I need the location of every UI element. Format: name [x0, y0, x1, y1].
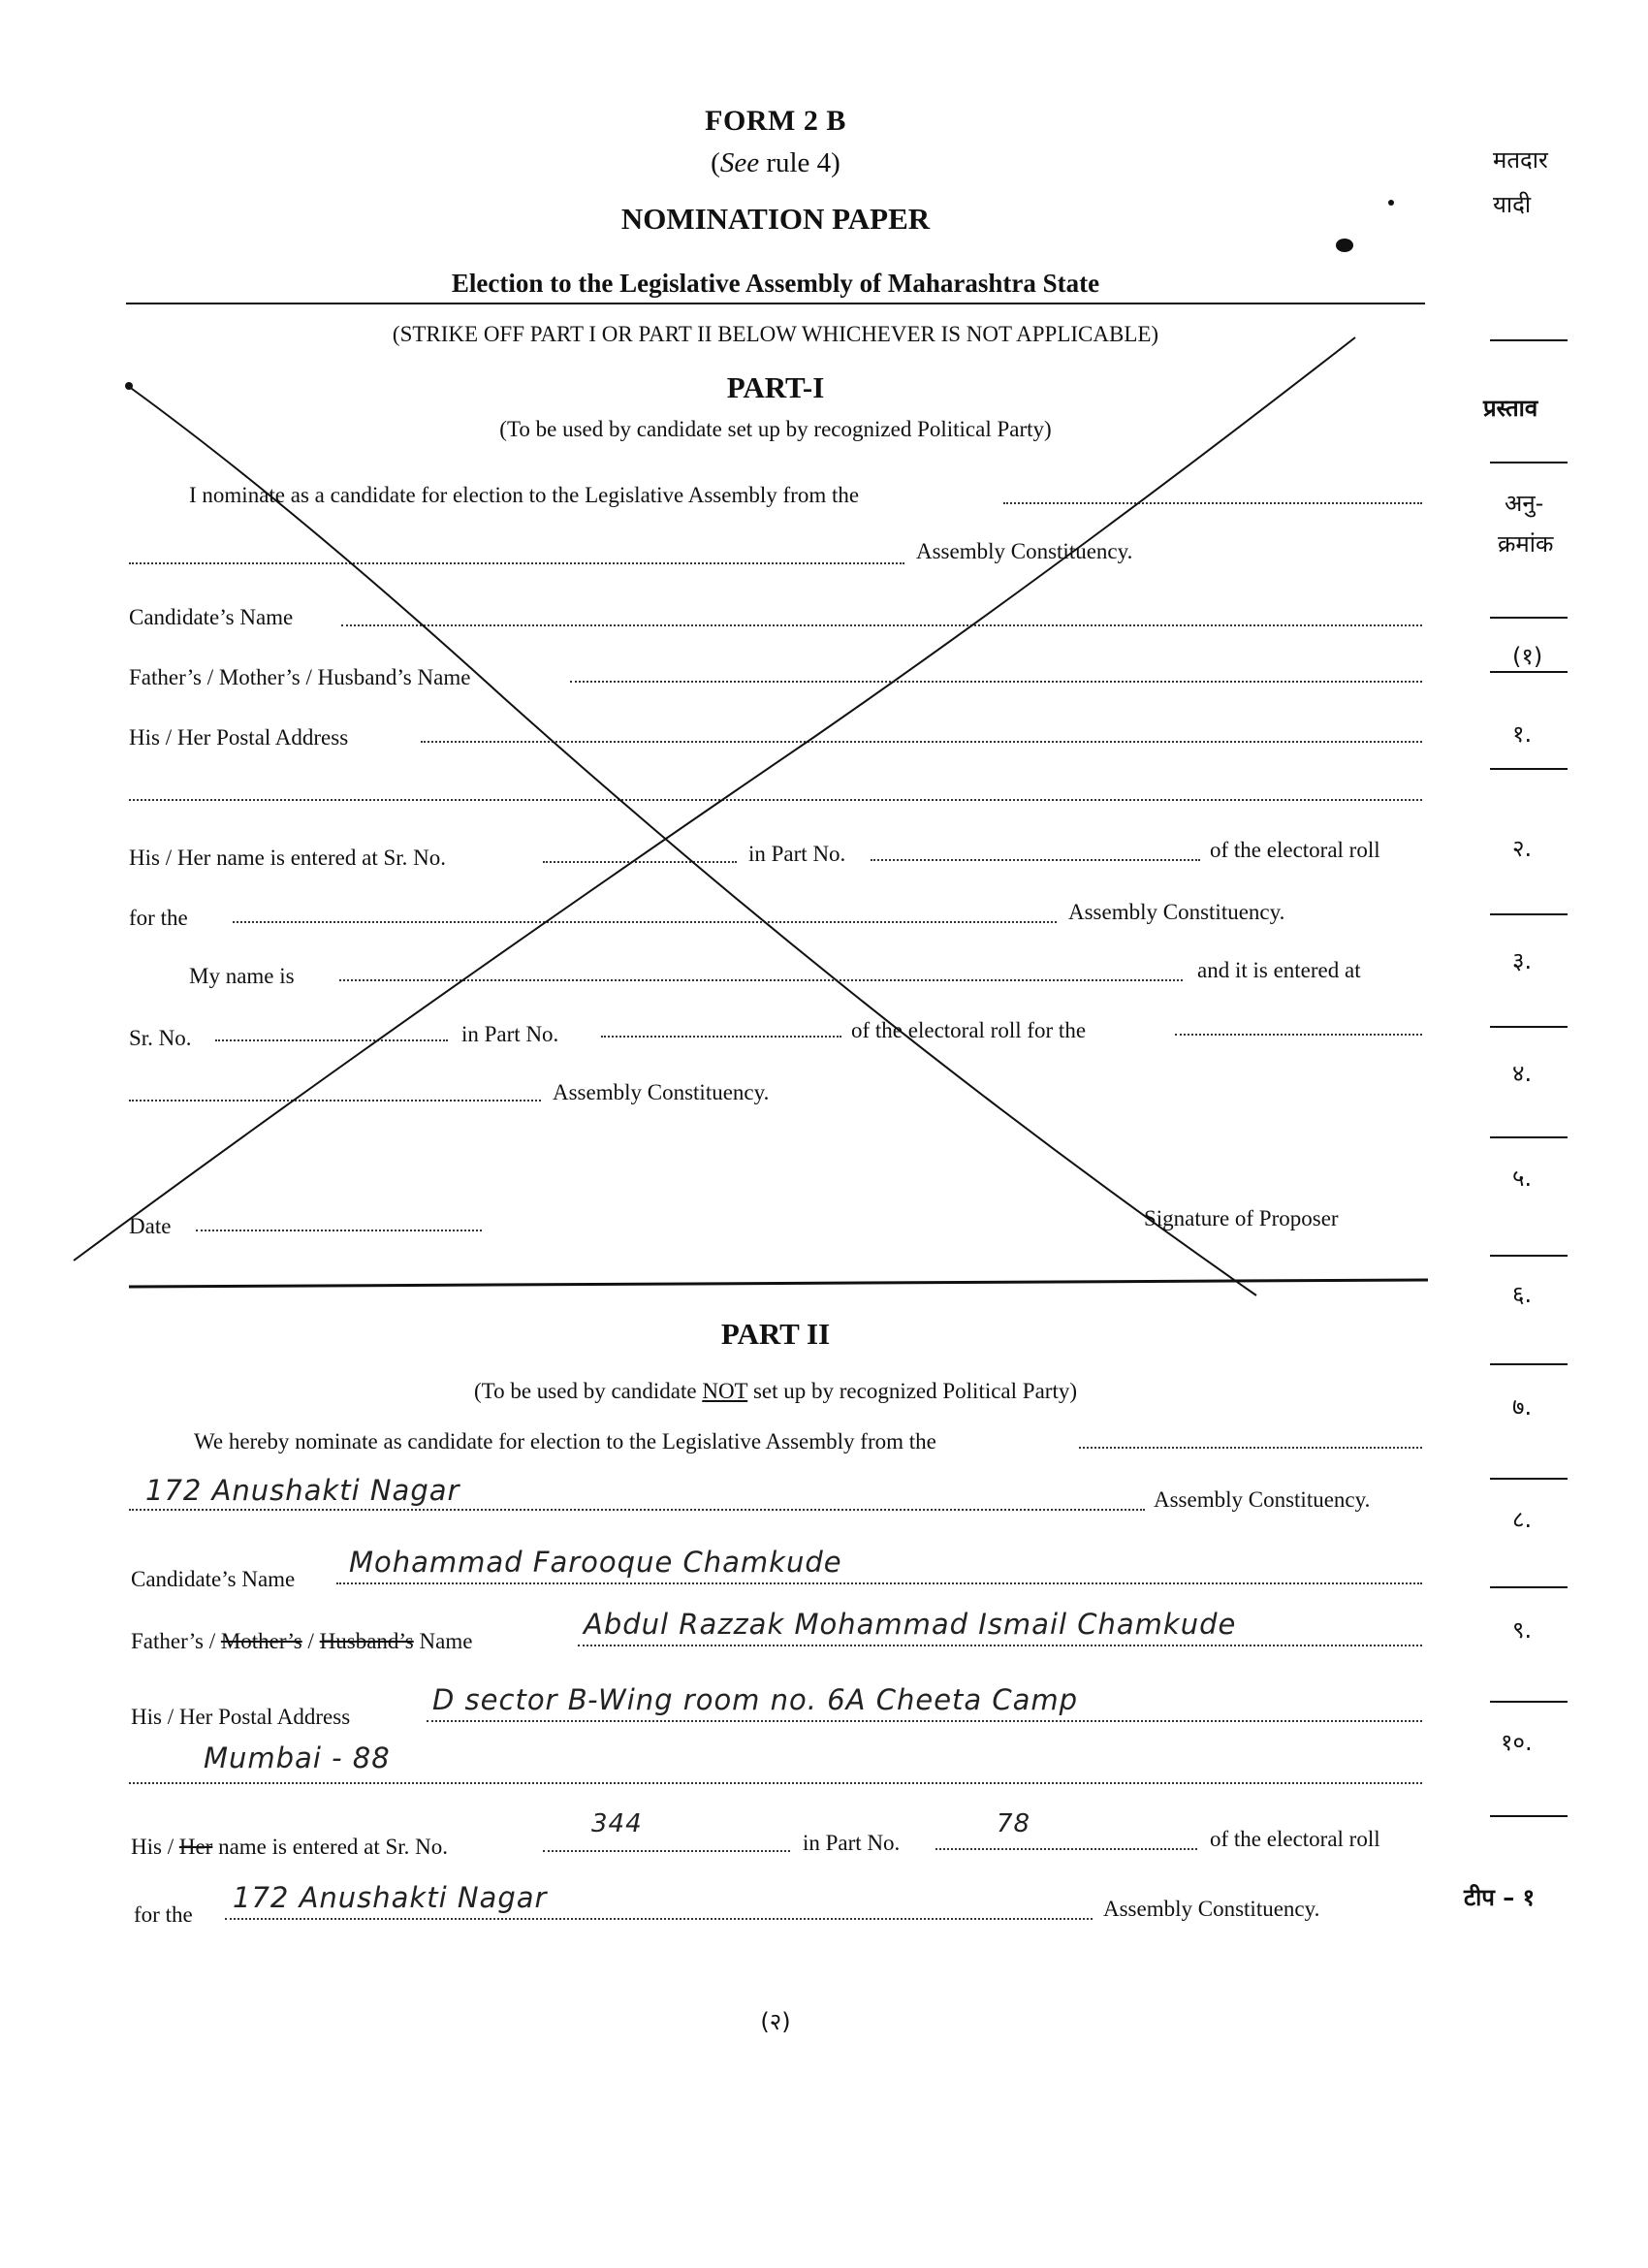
part2-candidate-name-value: Mohammad Farooque Chamkude: [349, 1546, 842, 1579]
margin-serial-label-1: अनु-: [1505, 487, 1543, 519]
margin-item: ३.: [1512, 944, 1532, 976]
margin-divider: [1490, 1701, 1568, 1703]
part2-subtitle-pre: (To be used by candidate: [474, 1379, 702, 1403]
part2-address-field-2[interactable]: [129, 1782, 1422, 1784]
part2-address-label: His / Her Postal Address: [131, 1705, 350, 1730]
part2-for-constituency-value: 172 Anushakti Nagar: [233, 1881, 547, 1914]
part2-relation-label: Father’s / Mother’s / Husband’s Name: [131, 1629, 472, 1654]
part2-for-the-label: for the: [134, 1902, 193, 1928]
part2-part-no-value: 78: [997, 1809, 1030, 1838]
margin-col-number: (१): [1512, 640, 1542, 672]
relation-mother-struck: Mother’s: [221, 1629, 302, 1653]
part2-entered-label: His / Her name is entered at Sr. No.: [131, 1835, 448, 1860]
part2-sr-no-value: 344: [591, 1809, 643, 1838]
part2-part-no-field[interactable]: [935, 1848, 1197, 1850]
part2-address-line1: D sector B-Wing room no. 6A Cheeta Camp: [432, 1683, 1078, 1716]
part2-sr-no-field[interactable]: [543, 1850, 790, 1852]
page-number: (२): [0, 2005, 1551, 2037]
part2-nominate-text: We hereby nominate as candidate for elec…: [194, 1429, 936, 1454]
part2-subtitle-post: set up by recognized Political Party): [747, 1379, 1077, 1403]
part2-constituency-value: 172 Anushakti Nagar: [145, 1474, 460, 1507]
relation-husband-struck: Husband’s: [320, 1629, 414, 1653]
margin-heading-1: मतदार: [1493, 144, 1548, 176]
margin-serial-label-2: क्रमांक: [1498, 527, 1553, 559]
margin-divider: [1490, 768, 1568, 770]
part2-for-constituency-field[interactable]: [225, 1918, 1093, 1920]
margin-heading-2: यादी: [1493, 188, 1531, 220]
part2-candidate-name-field[interactable]: [336, 1582, 1422, 1584]
margin-divider: [1490, 1136, 1568, 1138]
margin-divider: [1490, 671, 1568, 673]
margin-item: २.: [1512, 832, 1532, 864]
part2-constituency-value-field[interactable]: [129, 1509, 1145, 1511]
margin-note: टीप – १: [1464, 1881, 1535, 1913]
entered-his: His /: [131, 1835, 179, 1859]
margin-divider: [1490, 1363, 1568, 1365]
margin-divider: [1490, 1026, 1568, 1028]
part2-constituency-field[interactable]: [1079, 1447, 1422, 1449]
part2-relation-value: Abdul Razzak Mohammad Ismail Chamkude: [584, 1608, 1236, 1641]
margin-proposer-label: प्रस्ताव: [1483, 392, 1537, 424]
margin-item: ५.: [1512, 1162, 1532, 1194]
part1-strike-through-mark: [0, 0, 1648, 1358]
margin-divider: [1490, 913, 1568, 915]
part2-address-line2: Mumbai - 88: [204, 1741, 391, 1774]
margin-divider: [1490, 339, 1568, 341]
scan-speck: [1388, 200, 1394, 206]
part2-electoral-roll-label: of the electoral roll: [1210, 1827, 1380, 1852]
margin-divider: [1490, 462, 1568, 463]
margin-divider: [1490, 617, 1568, 619]
margin-divider: [1490, 1815, 1568, 1817]
margin-item: ६.: [1512, 1278, 1532, 1310]
margin-item: १.: [1512, 718, 1532, 750]
part2-assembly-constituency-2: Assembly Constituency.: [1103, 1897, 1319, 1922]
part2-subtitle: (To be used by candidate NOT set up by r…: [0, 1379, 1551, 1404]
margin-item: ९.: [1512, 1613, 1532, 1645]
relation-father: Father’s /: [131, 1629, 221, 1653]
entered-her-struck: Her: [179, 1835, 212, 1859]
part2-subtitle-not: NOT: [702, 1379, 747, 1403]
part2-assembly-constituency: Assembly Constituency.: [1154, 1487, 1370, 1513]
part2-title: PART II: [0, 1317, 1551, 1352]
scan-speck: [1336, 239, 1353, 252]
margin-item: ८.: [1512, 1503, 1532, 1535]
relation-name: Name: [414, 1629, 473, 1653]
margin-item: ४.: [1512, 1057, 1532, 1089]
part2-relation-field[interactable]: [578, 1645, 1422, 1646]
margin-divider: [1490, 1255, 1568, 1257]
margin-item: ७.: [1512, 1390, 1532, 1422]
margin-divider: [1490, 1586, 1568, 1588]
part2-address-field[interactable]: [427, 1720, 1422, 1722]
relation-sep: /: [302, 1629, 320, 1653]
margin-item: १०.: [1501, 1726, 1533, 1758]
margin-divider: [1490, 1478, 1568, 1480]
entered-rest: name is entered at Sr. No.: [212, 1835, 448, 1859]
part2-candidate-name-label: Candidate’s Name: [131, 1567, 295, 1592]
part2-in-part-label: in Part No.: [803, 1831, 900, 1856]
